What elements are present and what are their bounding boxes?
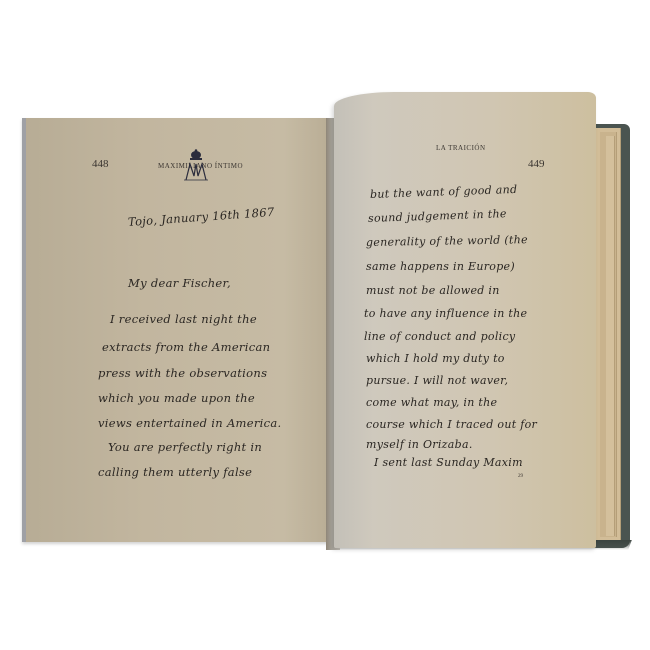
letter-line: which I hold my duty to xyxy=(366,352,505,365)
crowned-monogram-icon xyxy=(184,148,208,184)
letter-line: extracts from the American xyxy=(102,340,270,354)
letter-line: to have any influence in the xyxy=(364,307,527,320)
letter-line: views entertained in America. xyxy=(98,416,282,430)
right-page xyxy=(334,92,596,548)
signature-mark: 29 xyxy=(518,474,523,479)
letter-line: I received last night the xyxy=(110,312,257,326)
letter-line: which you made upon the xyxy=(98,391,255,405)
page-stack-edge xyxy=(606,136,615,536)
letter-line: press with the observations xyxy=(98,366,267,380)
letter-line: course which I traced out for xyxy=(366,418,537,431)
letter-line: come what may, in the xyxy=(366,396,497,409)
letter-line: must not be allowed in xyxy=(366,284,500,297)
left-page-number: 448 xyxy=(92,158,109,170)
letter-line: You are perfectly right in xyxy=(108,440,262,454)
open-book: 448 Maximiliano Íntimo Tojo, January 16t… xyxy=(0,0,650,650)
letter-line: pursue. I will not waver, xyxy=(366,374,508,387)
letter-line: line of conduct and policy xyxy=(364,330,515,343)
letter-line: same happens in Europe) xyxy=(366,260,515,273)
letter-line: myself in Orizaba. xyxy=(366,438,473,451)
right-page-number: 449 xyxy=(528,158,545,170)
letter-line: I sent last Sunday Maxim xyxy=(374,456,523,469)
letter-line: calling them utterly false xyxy=(98,465,252,479)
letter-salutation: My dear Fischer, xyxy=(128,276,231,290)
right-running-head: La Traición xyxy=(436,144,486,152)
